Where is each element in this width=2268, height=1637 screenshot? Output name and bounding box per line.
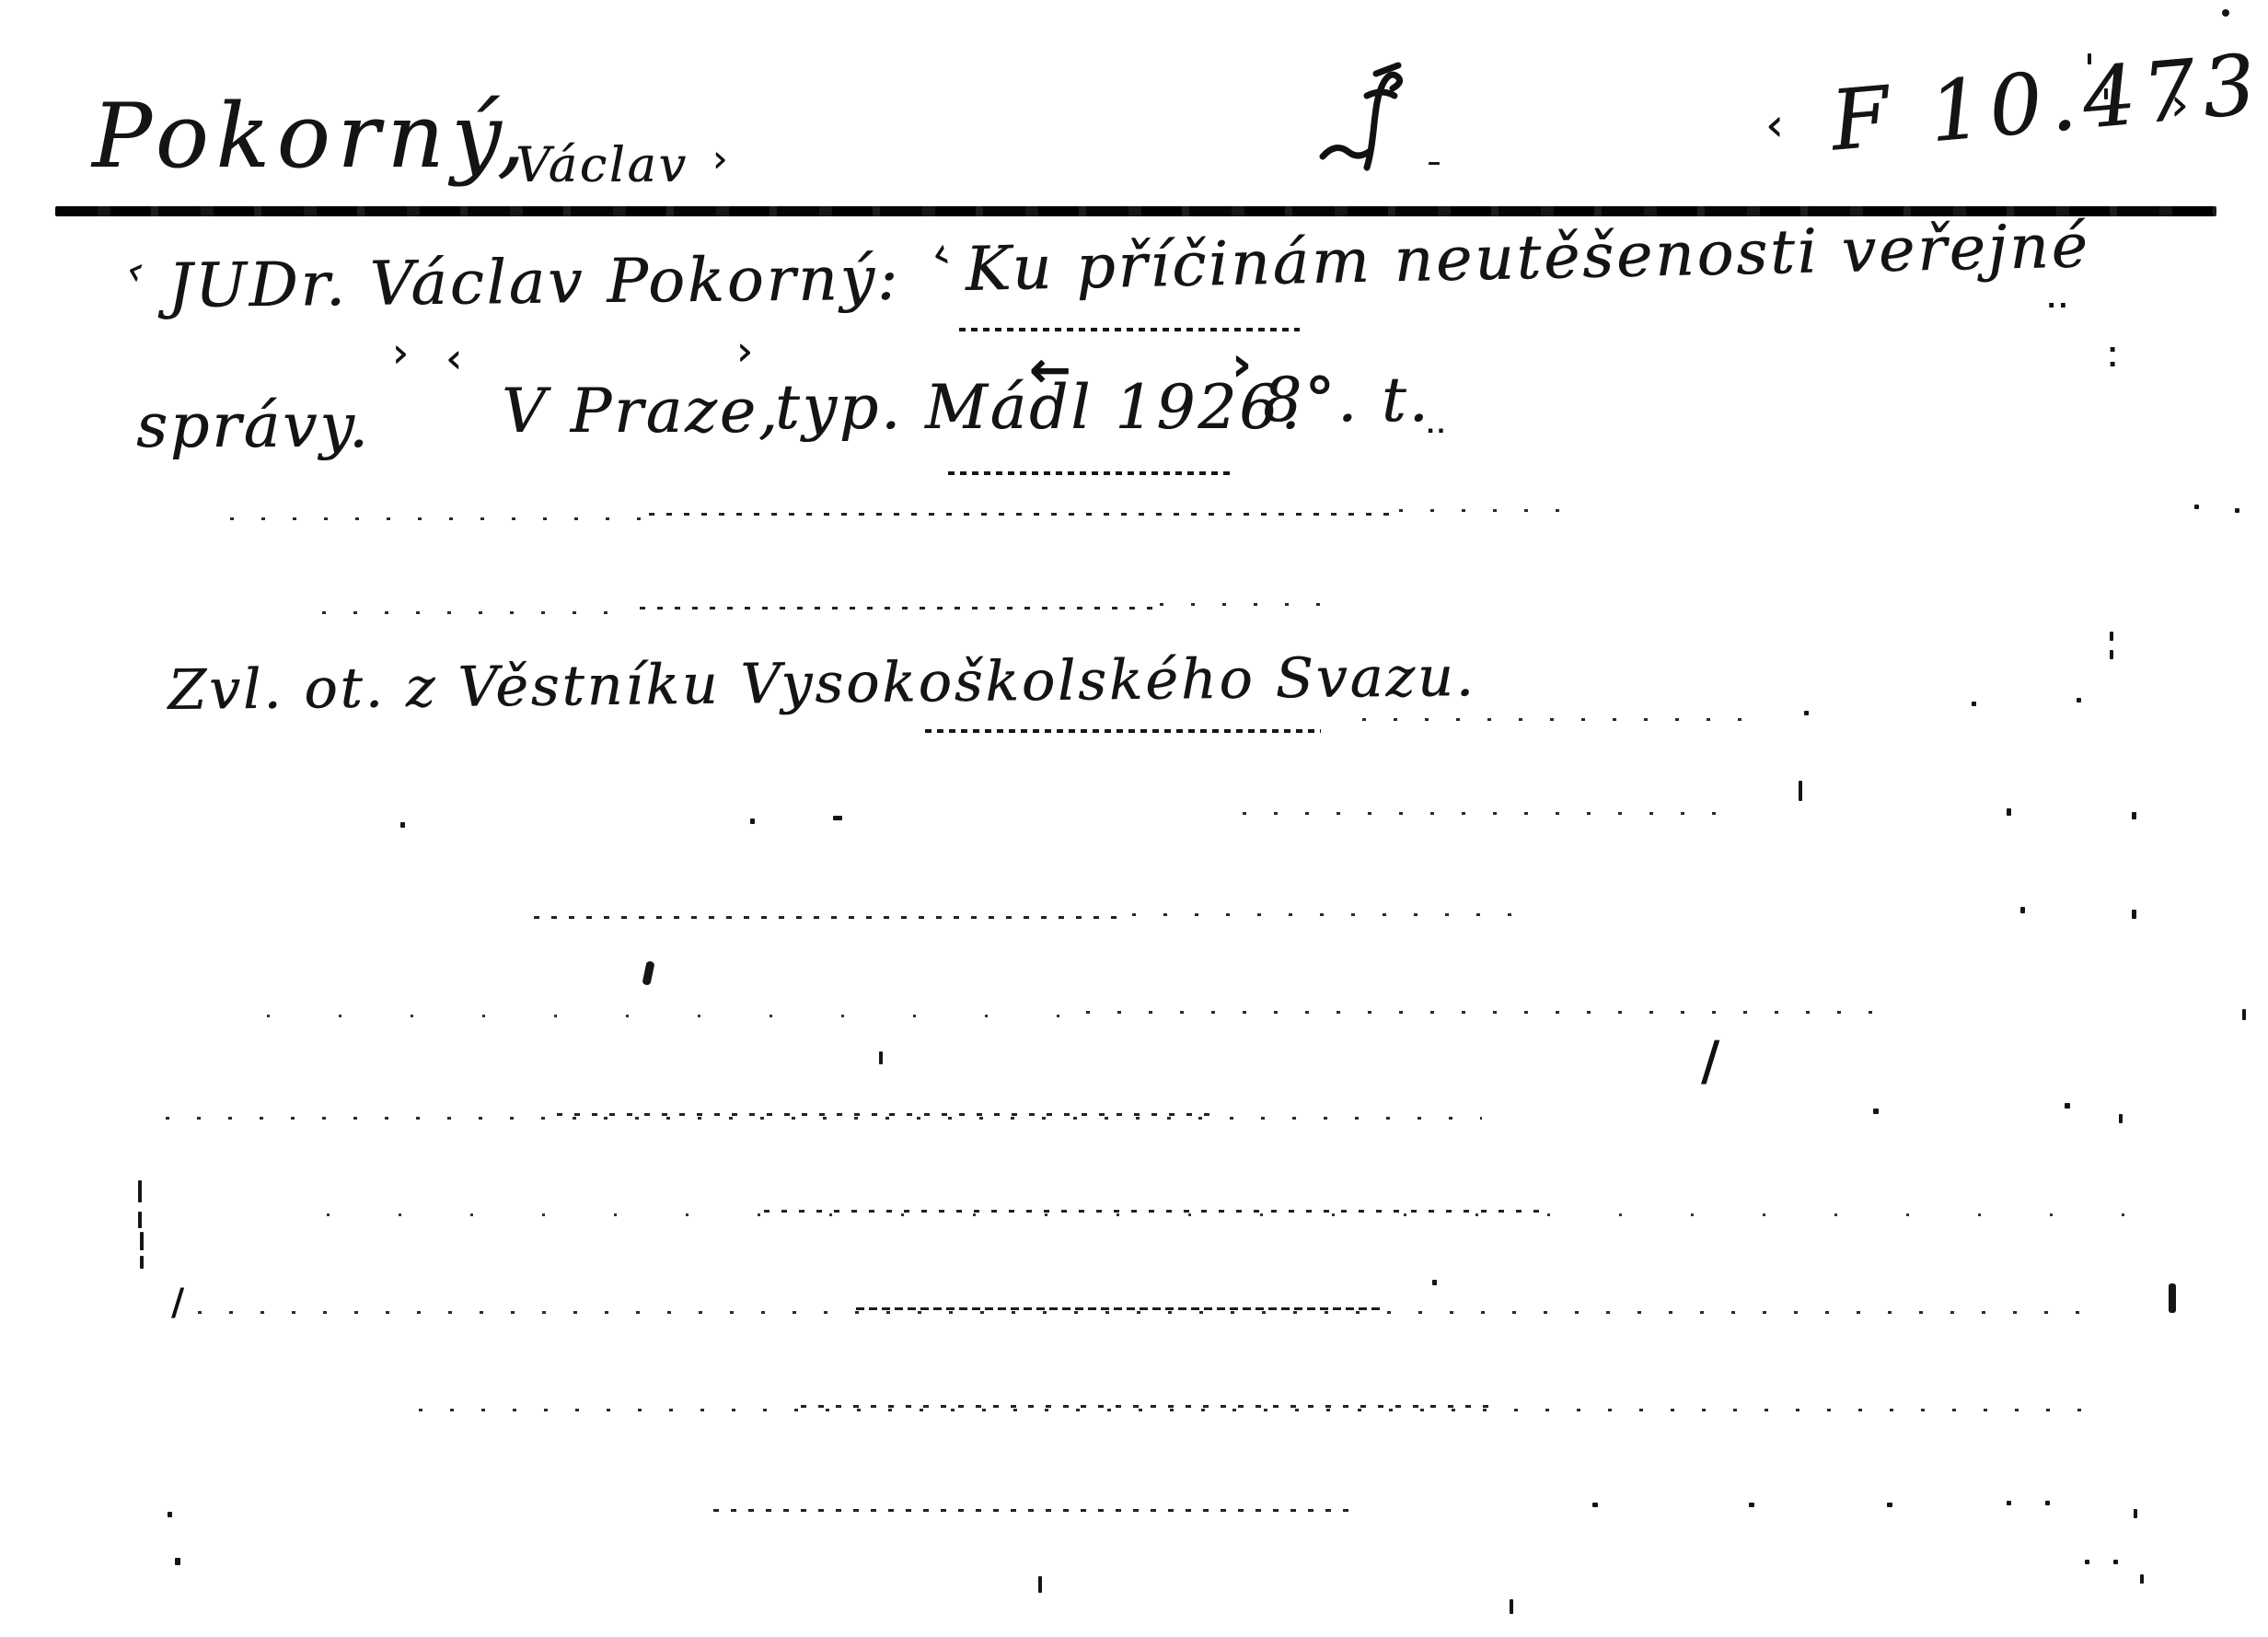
- scan-speck: [2134, 1509, 2137, 1518]
- title-underline-dotted: [959, 328, 1300, 331]
- scan-speck: [750, 818, 755, 824]
- note-underline-dotted: [925, 729, 1321, 733]
- scan-speck: [140, 1256, 144, 1269]
- colon-mark: :: [2106, 333, 2118, 376]
- scan-speck: [2085, 1560, 2089, 1564]
- scan-speck: [2140, 1574, 2144, 1584]
- insertion-chevron-mark: ‹: [121, 246, 151, 296]
- entry-imprint-place: V Praze,: [502, 376, 781, 447]
- scan-speck: [1799, 781, 1802, 801]
- scan-speck: [2119, 1114, 2123, 1123]
- insertion-chevron-mark: ›: [736, 328, 753, 375]
- scan-noise-line: [713, 1509, 1358, 1512]
- scan-noise-line: [1243, 812, 1721, 815]
- insertion-chevron-mark: ›: [392, 330, 409, 377]
- entry-title-line1: Ku příčinám neutěšenosti veřejné: [965, 210, 2090, 305]
- scan-speck: [138, 1212, 142, 1228]
- scan-speck: [175, 1558, 180, 1565]
- scan-speck: [400, 822, 405, 828]
- insertion-chevron-mark: ‹: [445, 335, 462, 382]
- scan-noise-line: [1160, 603, 1335, 606]
- entry-author-line: JUDr. Václav Pokorný:: [168, 243, 900, 321]
- scan-speck: [2007, 1501, 2011, 1505]
- scan-noise-line: [534, 916, 1123, 919]
- scan-speck: [2088, 53, 2091, 64]
- heading-author-surname: Pokorný,: [92, 85, 532, 188]
- entry-format: 8°. t.: [1263, 365, 1430, 435]
- scan-speck: [168, 1512, 172, 1517]
- scan-speck: [2235, 508, 2239, 513]
- scan-speck: [1749, 1503, 1754, 1507]
- insertion-chevron-mark: ›: [712, 138, 727, 180]
- scan-speck: [1429, 162, 1440, 165]
- scan-speck: [2104, 88, 2108, 99]
- scan-speck: [2077, 698, 2081, 702]
- scan-speck: [1873, 1109, 1879, 1114]
- scan-speck: [1887, 1503, 1892, 1507]
- scan-speck: [2132, 910, 2136, 919]
- catalog-card-scan: ‹ Pokorný, Václav › ‹ F 10.473. › JUDr. …: [0, 0, 2268, 1637]
- scan-noise-line: [230, 517, 644, 520]
- scan-speck: [2194, 505, 2199, 509]
- scan-speck: [1038, 1576, 1042, 1593]
- offprint-note: Zvl. ot. z Věstníku Vysokoškolského Svaz…: [168, 644, 1476, 723]
- scan-speck: [2113, 1560, 2118, 1564]
- scan-speck: [2007, 808, 2011, 816]
- scan-noise-line: [1362, 718, 1758, 721]
- slash-mark: /: [171, 1282, 183, 1324]
- shelfmark: F 10.473.: [1827, 33, 2268, 170]
- scan-speck: [140, 1232, 144, 1250]
- scan-noise-line: [198, 1311, 2103, 1314]
- scan-noise-line: [557, 1113, 1220, 1116]
- scan-noise-line: [322, 611, 635, 614]
- scan-speck: [1510, 1599, 1513, 1614]
- scan-speck: [1592, 1503, 1598, 1507]
- scan-noise-line: [649, 513, 1394, 516]
- scan-noise-line: [856, 1307, 1381, 1310]
- scan-noise-line: [419, 1409, 2094, 1411]
- heading-author-forename: Václav: [515, 138, 688, 193]
- trailing-dots-mark: ..: [2045, 274, 2068, 317]
- scan-noise-line: [801, 1405, 1500, 1408]
- scan-noise-line: [1132, 913, 1519, 916]
- scan-speck: [2242, 1009, 2246, 1020]
- scan-speck: [2110, 632, 2113, 641]
- scan-speck: [1972, 702, 1976, 706]
- scan-speck: [2110, 650, 2113, 659]
- entry-title-line2: správy.: [136, 390, 371, 461]
- scan-noise-line: [267, 1015, 1077, 1017]
- trailing-dots-mark: ..: [1425, 403, 1446, 441]
- insertion-chevron-mark: ‹: [925, 227, 955, 280]
- scan-noise-line: [640, 607, 1155, 610]
- scan-speck: [138, 1180, 142, 1202]
- scan-speck: [2065, 1103, 2070, 1109]
- entry-imprint-printer: typ. Mádl 1926.: [775, 372, 1302, 443]
- scan-noise-line: [1399, 509, 1574, 512]
- scan-noise-line: [764, 1210, 1546, 1213]
- scan-speck: [879, 1051, 883, 1064]
- scan-speck: [2132, 812, 2136, 819]
- scan-speck: [833, 816, 842, 820]
- scan-noise-line: [166, 1117, 1482, 1120]
- ink-blot: [2169, 1283, 2176, 1313]
- scan-speck: [1432, 1280, 1437, 1285]
- insertion-chevron-mark: ›: [2170, 79, 2188, 131]
- insertion-chevron-mark: ‹: [1765, 99, 1783, 151]
- slash-mark: /: [1701, 1029, 1719, 1092]
- ink-blot: [642, 960, 654, 985]
- scan-speck: [2020, 907, 2025, 913]
- scan-noise-line: [327, 1213, 2131, 1216]
- scan-speck: [2222, 9, 2229, 17]
- imprint-underline-dotted: [948, 471, 1233, 475]
- scan-noise-line: [1086, 1011, 1896, 1014]
- scan-speck: [2045, 1501, 2050, 1505]
- scan-speck: [1804, 711, 1809, 715]
